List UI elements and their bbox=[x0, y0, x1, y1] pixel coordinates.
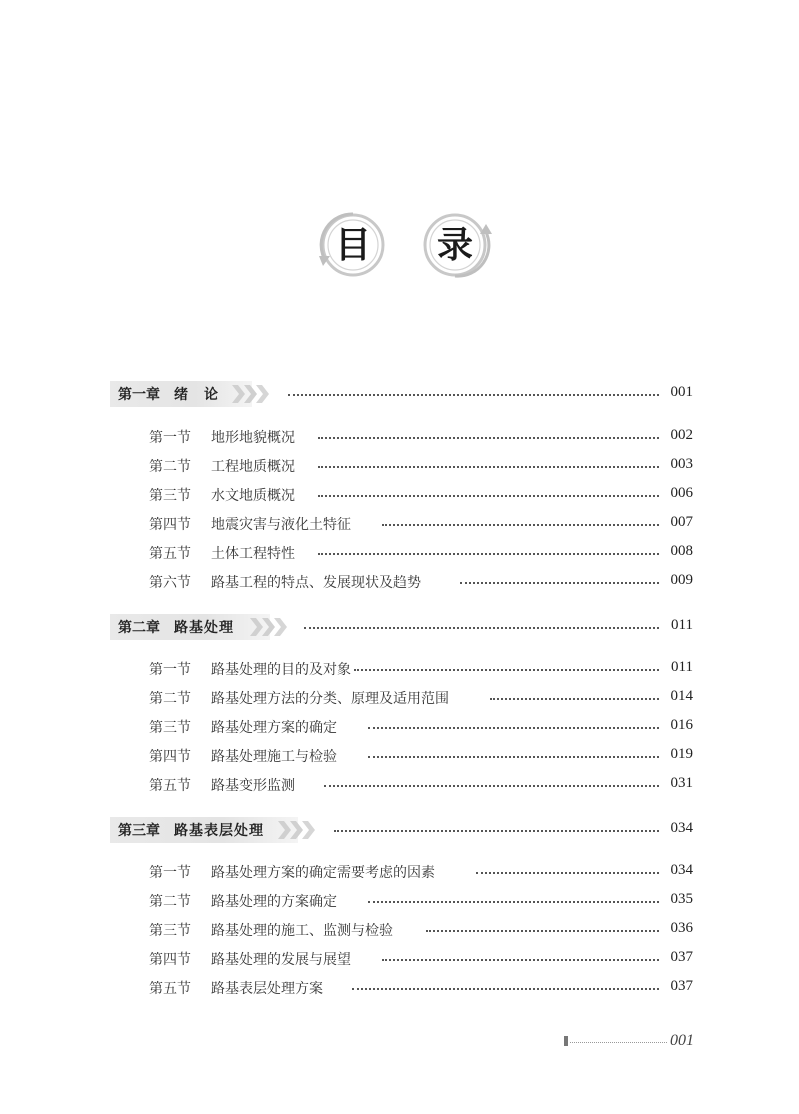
section-title: 路基工程的特点、发展现状及趋势 bbox=[211, 572, 421, 592]
dot-leader bbox=[368, 756, 659, 758]
page-number: 034 bbox=[671, 820, 694, 837]
page-number: 037 bbox=[671, 949, 694, 966]
dot-leader bbox=[476, 872, 659, 874]
section-row[interactable]: 第三节 路基处理的施工、监测与检验 036 bbox=[0, 917, 799, 941]
page-number: 019 bbox=[671, 746, 694, 763]
dot-leader bbox=[318, 553, 659, 555]
section-number: 第四节 bbox=[149, 949, 191, 969]
chapter-row[interactable]: 第一章 绪 论 001 bbox=[0, 381, 799, 405]
title-char-mu: 目 bbox=[318, 210, 388, 280]
section-title: 路基处理方法的分类、原理及适用范围 bbox=[211, 688, 449, 708]
chapter-number: 第二章 bbox=[118, 617, 160, 637]
title-char-lu: 录 bbox=[420, 210, 490, 280]
chapter-banner: 第三章 路基表层处理 bbox=[110, 817, 298, 843]
chevron-right-icon bbox=[232, 383, 272, 405]
section-row[interactable]: 第二节 工程地质概况 003 bbox=[0, 453, 799, 477]
section-row[interactable]: 第五节 路基变形监测 031 bbox=[0, 772, 799, 796]
section-row[interactable]: 第四节 路基处理施工与检验 019 bbox=[0, 743, 799, 767]
section-number: 第一节 bbox=[149, 427, 191, 447]
section-number: 第一节 bbox=[149, 862, 191, 882]
section-number: 第五节 bbox=[149, 543, 191, 563]
page-number: 002 bbox=[671, 427, 694, 444]
dot-leader bbox=[318, 495, 659, 497]
section-number: 第二节 bbox=[149, 891, 191, 911]
chevron-right-icon bbox=[278, 819, 318, 841]
chapter-row[interactable]: 第三章 路基表层处理 034 bbox=[0, 817, 799, 841]
section-number: 第二节 bbox=[149, 456, 191, 476]
section-title: 路基处理的目的及对象 bbox=[211, 659, 351, 679]
dot-leader bbox=[382, 524, 659, 526]
section-title: 路基表层处理方案 bbox=[211, 978, 323, 998]
section-title: 路基处理的发展与展望 bbox=[211, 949, 351, 969]
dot-leader bbox=[354, 669, 659, 671]
section-number: 第三节 bbox=[149, 920, 191, 940]
chapter-title: 路基表层处理 bbox=[174, 820, 264, 840]
section-title: 路基处理施工与检验 bbox=[211, 746, 337, 766]
page-number: 008 bbox=[671, 543, 694, 560]
dot-leader bbox=[368, 727, 659, 729]
chapter-banner: 第一章 绪 论 bbox=[110, 381, 252, 407]
section-number: 第三节 bbox=[149, 717, 191, 737]
chapter-row[interactable]: 第二章 路基处理 011 bbox=[0, 614, 799, 638]
page-number: 031 bbox=[671, 775, 694, 792]
section-row[interactable]: 第四节 地震灾害与液化土特征 007 bbox=[0, 511, 799, 535]
section-title: 路基处理方案的确定需要考虑的因素 bbox=[211, 862, 435, 882]
section-title: 水文地质概况 bbox=[211, 485, 295, 505]
page-number: 006 bbox=[671, 485, 694, 502]
page-number: 011 bbox=[671, 659, 693, 676]
chapter-title: 绪 论 bbox=[174, 384, 219, 404]
page-footer: 001 bbox=[562, 1032, 702, 1052]
section-title: 路基处理的施工、监测与检验 bbox=[211, 920, 393, 940]
chapter-banner: 第二章 路基处理 bbox=[110, 614, 270, 640]
page-number: 034 bbox=[671, 862, 694, 879]
section-title: 地形地貌概况 bbox=[211, 427, 295, 447]
section-row[interactable]: 第一节 路基处理方案的确定需要考虑的因素 034 bbox=[0, 859, 799, 883]
dot-leader bbox=[490, 698, 659, 700]
section-row[interactable]: 第二节 路基处理的方案确定 035 bbox=[0, 888, 799, 912]
page-number: 035 bbox=[671, 891, 694, 908]
dot-leader bbox=[352, 988, 659, 990]
dot-leader bbox=[368, 901, 659, 903]
dot-leader bbox=[324, 785, 659, 787]
section-number: 第五节 bbox=[149, 978, 191, 998]
section-row[interactable]: 第二节 路基处理方法的分类、原理及适用范围 014 bbox=[0, 685, 799, 709]
page-number: 037 bbox=[671, 978, 694, 995]
section-number: 第六节 bbox=[149, 572, 191, 592]
section-number: 第四节 bbox=[149, 746, 191, 766]
section-number: 第一节 bbox=[149, 659, 191, 679]
page-number: 011 bbox=[671, 617, 693, 634]
section-row[interactable]: 第五节 土体工程特性 008 bbox=[0, 540, 799, 564]
section-number: 第三节 bbox=[149, 485, 191, 505]
dot-leader bbox=[318, 437, 659, 439]
section-row[interactable]: 第一节 路基处理的目的及对象 011 bbox=[0, 656, 799, 680]
chapter-title: 路基处理 bbox=[174, 617, 234, 637]
section-row[interactable]: 第三节 水文地质概况 006 bbox=[0, 482, 799, 506]
footer-marker bbox=[564, 1036, 568, 1046]
section-number: 第五节 bbox=[149, 775, 191, 795]
dot-leader bbox=[288, 394, 659, 396]
page-number: 009 bbox=[671, 572, 694, 589]
page-number: 036 bbox=[671, 920, 694, 937]
page-number: 001 bbox=[671, 384, 694, 401]
dot-leader bbox=[304, 627, 659, 629]
page-number: 007 bbox=[671, 514, 694, 531]
footer-dotted-line bbox=[570, 1042, 667, 1043]
title-circle-right: 录 bbox=[420, 210, 490, 280]
chapter-number: 第一章 bbox=[118, 384, 160, 404]
dot-leader bbox=[460, 582, 659, 584]
section-title: 工程地质概况 bbox=[211, 456, 295, 476]
section-title: 路基处理方案的确定 bbox=[211, 717, 337, 737]
chevron-right-icon bbox=[250, 616, 290, 638]
dot-leader bbox=[334, 830, 659, 832]
page-number: 016 bbox=[671, 717, 694, 734]
section-title: 路基变形监测 bbox=[211, 775, 295, 795]
page-number: 003 bbox=[671, 456, 694, 473]
section-number: 第二节 bbox=[149, 688, 191, 708]
toc-title: 目 录 bbox=[318, 210, 498, 280]
footer-page-number: 001 bbox=[670, 1032, 694, 1050]
dot-leader bbox=[382, 959, 659, 961]
section-title: 路基处理的方案确定 bbox=[211, 891, 337, 911]
section-title: 地震灾害与液化土特征 bbox=[211, 514, 351, 534]
dot-leader bbox=[426, 930, 659, 932]
title-circle-left: 目 bbox=[318, 210, 388, 280]
section-row[interactable]: 第六节 路基工程的特点、发展现状及趋势 009 bbox=[0, 569, 799, 593]
section-row[interactable]: 第一节 地形地貌概况 002 bbox=[0, 424, 799, 448]
dot-leader bbox=[318, 466, 659, 468]
chapter-number: 第三章 bbox=[118, 820, 160, 840]
section-row[interactable]: 第三节 路基处理方案的确定 016 bbox=[0, 714, 799, 738]
page-number: 014 bbox=[671, 688, 694, 705]
section-row[interactable]: 第五节 路基表层处理方案 037 bbox=[0, 975, 799, 999]
section-row[interactable]: 第四节 路基处理的发展与展望 037 bbox=[0, 946, 799, 970]
section-title: 土体工程特性 bbox=[211, 543, 295, 563]
section-number: 第四节 bbox=[149, 514, 191, 534]
